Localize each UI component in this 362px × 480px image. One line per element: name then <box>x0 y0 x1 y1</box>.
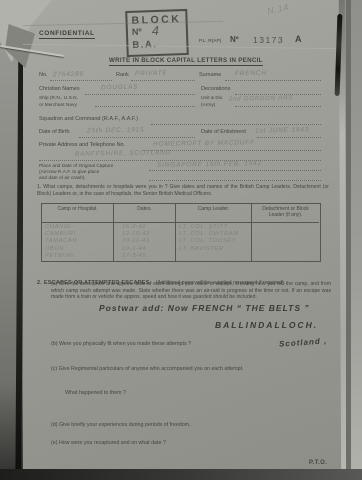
field-line <box>79 136 195 138</box>
section2-item-b: (b) Were you physically fit when you mad… <box>51 341 191 347</box>
ink-annotation-town: BALLINDALLOCH. <box>215 320 318 330</box>
form-letter: A <box>295 34 302 44</box>
table-column-camp: Camp or Hospital. CHANGI CAMBURI TAMACAN… <box>42 204 114 261</box>
field-value-address-1: HOMECROFT BY MACDUFF <box>153 139 255 148</box>
ink-annotation-address: Postwar add: Now FRENCH “ THE BELTS ” <box>99 303 310 313</box>
column-header-camp: Camp or Hospital. <box>42 204 113 223</box>
field-label-private-address: Private Address and Telephone No. <box>39 142 125 148</box>
table-cell-leader: LT. BAVISTER <box>179 246 248 253</box>
column-body-detachment <box>252 223 319 261</box>
table-cell-camp: TAMACAN <box>45 238 110 245</box>
field-label-unit-1: Unit & Div. <box>201 96 223 101</box>
pto-marking: P.T.O. <box>309 460 327 466</box>
field-label-no: No. <box>39 72 48 78</box>
field-line <box>85 93 195 95</box>
camps-table: Camp or Hospital. CHANGI CAMBURI TAMACAN… <box>41 203 321 262</box>
field-label-squadron: Squadron and Command (R.A.F., A.A.F.) <box>39 116 138 122</box>
table-cell-camp: CAMBURI <box>45 231 110 238</box>
field-label-capture-1: Place and Date of Original Capture <box>39 164 113 169</box>
stamp-no-label: Nº <box>132 27 142 37</box>
table-cell-dates: 20-11-43 <box>122 238 172 245</box>
field-label-date-of-enlistment: Date of Enlistment <box>201 129 246 135</box>
table-cell-leader: LT. COL. STITT <box>179 224 248 231</box>
field-value-date-of-enlistment: 1st JUNE 1943 <box>255 127 309 135</box>
block-capitals-instruction: WRITE IN BLOCK CAPITAL LETTERS IN PENCIL <box>109 57 263 66</box>
table-cell-camp: UBON <box>45 246 110 253</box>
field-label-ship-2: or Merchant Navy <box>39 103 77 108</box>
field-label-surname: Surname <box>199 72 221 78</box>
table-cell-leader: LT. COL. OWTRAM <box>179 231 248 238</box>
document-photo: CONFIDENTIAL BLOCK Nº 4 B.A. N.14 P.L. R… <box>0 0 362 480</box>
form-serial-number: 13173 <box>253 35 284 45</box>
corner-pencil-note: N.14 <box>266 2 290 16</box>
field-line <box>95 105 195 107</box>
section1-heading: 1. What camps, detachments or hospitals … <box>37 184 329 197</box>
table-cell-dates: 17-3-45 <box>122 253 172 260</box>
column-header-dates: Dates. <box>114 204 175 223</box>
field-label-decorations: Decorations <box>201 86 230 92</box>
section2-item-d: (d) Give briefly your experiences during… <box>51 422 191 428</box>
table-cell-leader: LT. COL. TOOSEY <box>179 238 248 245</box>
field-line <box>50 79 112 81</box>
table-cell-dates: 12-10-43 <box>122 231 172 238</box>
table-column-leader: Camp Leader. LT. COL. STITT LT. COL. OWT… <box>176 204 252 261</box>
table-cell-dates: 10-1-44 <box>122 246 172 253</box>
field-line <box>149 179 321 181</box>
table-surface <box>0 469 362 480</box>
field-value-rank: PRIVATE <box>135 70 168 78</box>
field-value-date-of-birth: 25th DEC. 1915 <box>87 126 145 134</box>
table-cell-camp: PETBURI <box>45 253 110 260</box>
field-value-unit: 2nd GORDON HRS. <box>229 95 296 102</box>
field-value-no: 2764286 <box>53 71 84 79</box>
section2-item-c2: What happened to them ? <box>65 390 126 396</box>
field-label-unit-2: (Army) <box>201 103 215 108</box>
form-no-label: Nº <box>230 35 239 44</box>
column-body-camp: CHANGI CAMBURI TAMACAN UBON PETBURI <box>42 223 113 261</box>
field-line <box>235 105 321 107</box>
section2-item-c: (c) Give Regimental particulars of anyon… <box>51 366 244 372</box>
column-header-leader: Camp Leader. <box>176 204 251 223</box>
confidential-marking: CONFIDENTIAL <box>39 30 95 39</box>
field-label-capture-3: and date of air crash). <box>39 176 86 181</box>
field-value-surname: FRENCH <box>235 70 267 78</box>
section2-item-a: (a) Give full description and approx. da… <box>51 281 331 301</box>
field-line <box>149 169 321 171</box>
table-column-dates: Dates. 16-2-42 12-10-43 20-11-43 10-1-44… <box>114 204 176 261</box>
table-cell-dates: 16-2-42 <box>122 224 172 231</box>
stamp-handwritten-number: 4 <box>151 23 159 38</box>
field-line <box>235 93 321 95</box>
field-value-capture: SINGAPORE 15th FEB. 1942 <box>157 160 262 169</box>
table-cell-camp: CHANGI <box>45 224 110 231</box>
block-number-stamp: BLOCK Nº 4 B.A. <box>125 9 189 57</box>
pow-form-page: CONFIDENTIAL BLOCK Nº 4 B.A. N.14 P.L. R… <box>23 0 342 480</box>
field-label-capture-2: (Aircrew R.A.F. to give place <box>39 170 99 175</box>
field-label-date-of-birth: Date of Birth <box>39 129 70 135</box>
column-header-detachment: Detachment or Block Leader (if any). <box>252 204 319 223</box>
field-line <box>151 123 321 125</box>
field-line <box>225 79 321 81</box>
field-line <box>131 79 195 81</box>
field-value-christian-names: DOUGLAS <box>101 84 139 92</box>
field-label-rank: Rank <box>116 72 129 78</box>
field-label-ship-1: Ship (R.N., U.S.N. <box>39 96 78 101</box>
field-label-christian-names: Christian Names <box>39 86 80 92</box>
column-body-dates: 16-2-42 12-10-43 20-11-43 10-1-44 17-3-4… <box>114 223 175 261</box>
table-column-detachment: Detachment or Block Leader (if any). <box>252 204 319 261</box>
column-body-leader: LT. COL. STITT LT. COL. OWTRAM LT. COL. … <box>176 223 251 261</box>
field-value-address-2: BANFFSHIRE, SCOTLAND <box>75 149 171 158</box>
underlying-page <box>351 0 362 480</box>
section2-item-e: (e) How were you recaptured and on what … <box>51 440 166 446</box>
form-reference: P.L. R(AP) <box>199 39 221 44</box>
ink-annotation-country: Scotland , <box>279 336 328 348</box>
field-line <box>257 136 321 138</box>
